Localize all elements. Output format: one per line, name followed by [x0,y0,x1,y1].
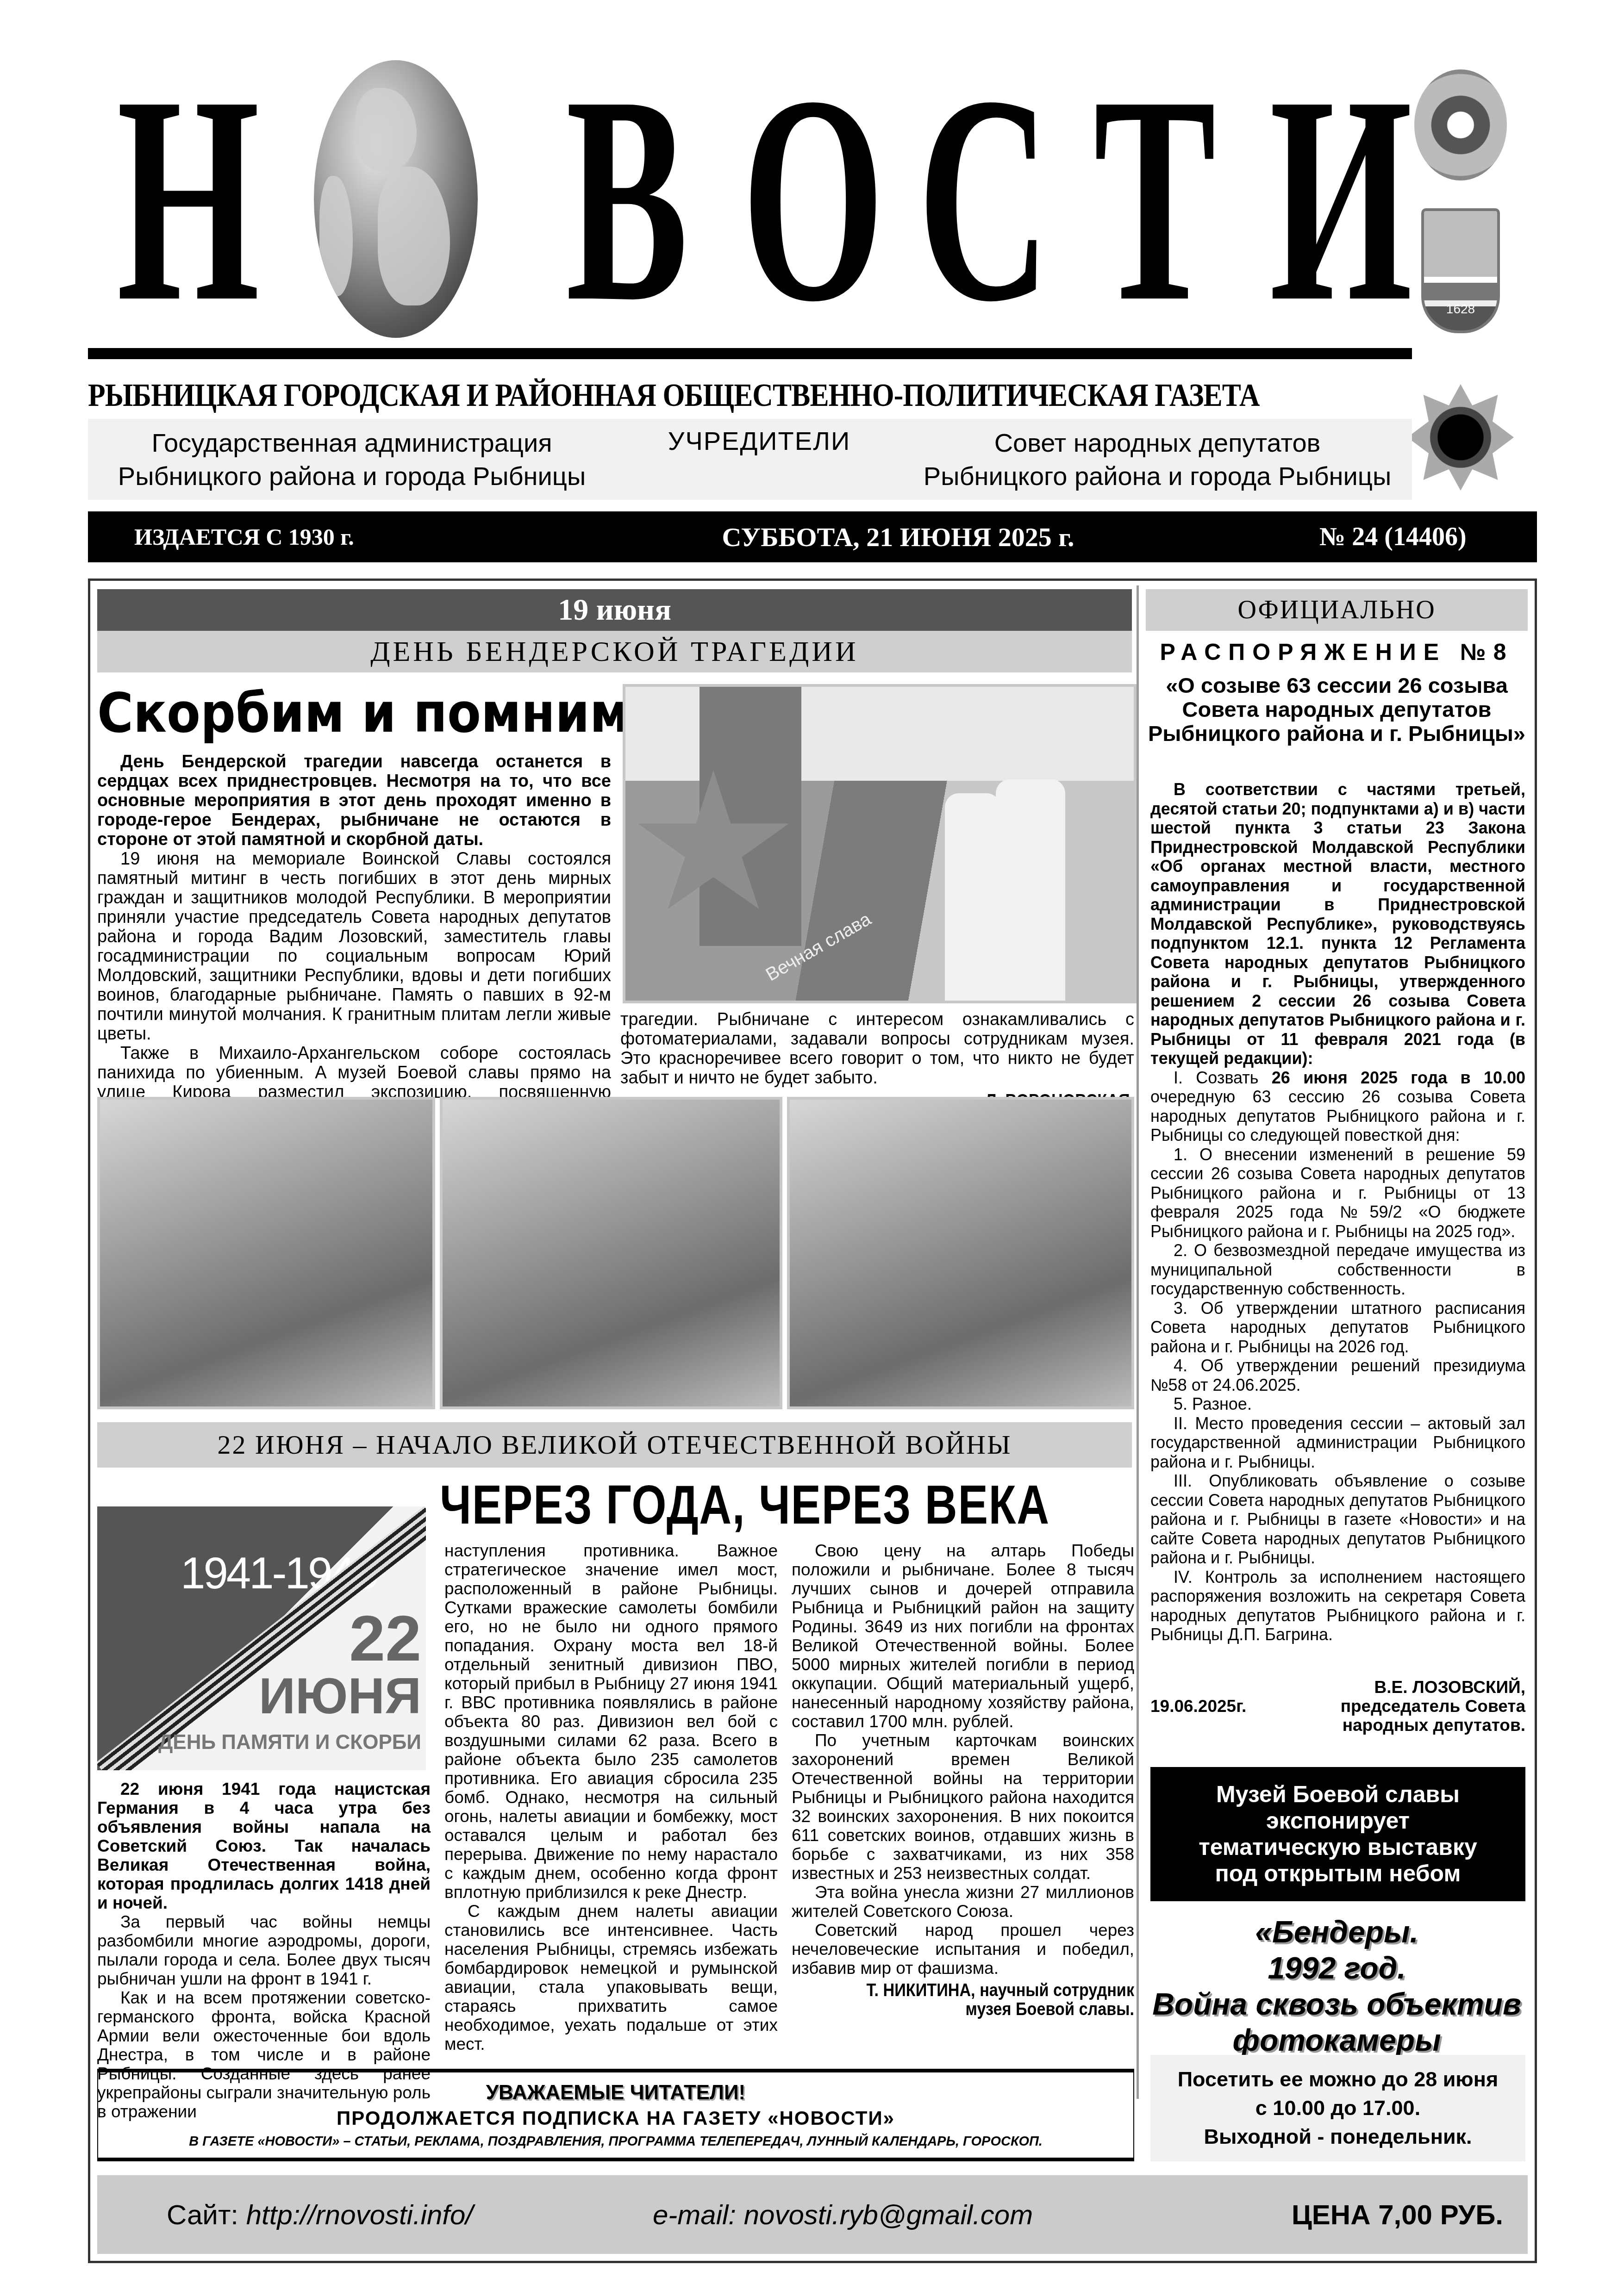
order-preamble: В соответствии с частями третьей, десято… [1150,780,1525,1068]
footer-site: Сайт: http://rnovosti.info/ [167,2199,653,2231]
subscription-line: ПРОДОЛЖАЕТСЯ ПОДПИСКА НА ГАЗЕТУ «НОВОСТИ… [98,2107,1133,2129]
article-lead: День Бендерской трагедии навсегда остане… [97,752,611,849]
article-body-col3: Свою цену на алтарь Победы положили и ры… [792,1541,1134,2019]
masthead-rule [88,348,1412,359]
founders-label: УЧРЕДИТЕЛИ [616,419,903,458]
globe-icon [314,60,478,338]
order-item-II: II. Место проведения сессии – актовый за… [1150,1414,1525,1472]
masthead-letter: Т [1093,56,1203,342]
site-label: Сайт: [167,2199,246,2230]
pmr-coat-of-arms-icon [1405,56,1516,194]
visit-line: с 10.00 до 17.00. [1150,2094,1525,2122]
masthead-title: Н В О С Т И [83,56,1412,342]
site-link[interactable]: http://rnovosti.info/ [246,2199,473,2230]
order-title: РАСПОРЯЖЕНИЕ №8 [1146,639,1528,666]
founder-line: Рыбницкого района и города Рыбницы [903,460,1412,493]
founder-line: Государственная администрация [88,426,616,460]
article-paragraph: Советский народ прошел через нечеловечес… [792,1921,1134,1978]
article-paragraph: Свою цену на алтарь Победы положили и ры… [792,1541,1134,1731]
article-body-col2: трагедии. Рыбничане с интересом ознакамл… [620,1010,1134,1111]
signer-title: председатель Совета [1341,1697,1525,1716]
founder-line: Совет народных депутатов [903,426,1412,460]
article-byline: Т. НИКИТИНА, научный сотрудник музея Бое… [826,1981,1134,2019]
order-signature: В.Е. ЛОЗОВСКИЙ, 19.06.2025г. председател… [1150,1678,1525,1735]
order-item-datetime: 26 июня 2025 года в 10.00 [1272,1068,1525,1087]
footer-bar: Сайт: http://rnovosti.info/ e-mail: novo… [97,2175,1528,2254]
order-item-text: очередную 63 сессию 26 созыва Совета нар… [1150,1087,1525,1145]
exhibit-line: 1992 год. [1146,1950,1528,1986]
article-paragraph: По учетным карточкам воинских захоронени… [792,1731,1134,1883]
poster-caption: ДЕНЬ ПАМЯТИ И СКОРБИ [158,1731,421,1754]
article-paragraph: За первый час войны немцы разбомбили мно… [97,1912,431,1988]
masthead-letter: В [566,56,675,342]
poster-22-june: 1941-1945 22 ИЮНЯ ДЕНЬ ПАМЯТИ И СКОРБИ [97,1506,426,1770]
museum-line: под открытым небом [1150,1860,1525,1887]
footer-email[interactable]: e-mail: novosti.ryb@gmail.com [653,2199,1208,2231]
newspaper-subtitle: РЫБНИЦКАЯ ГОРОДСКАЯ И РАЙОННАЯ ОБЩЕСТВЕН… [88,377,1253,414]
poster-month: ИЮНЯ [259,1671,421,1722]
subscription-notice: УВАЖАЕМЫЕ ЧИТАТЕЛИ! ПРОДОЛЖАЕТСЯ ПОДПИСК… [97,2069,1134,2161]
museum-line: тематическую выставку [1150,1834,1525,1860]
masthead-letter: О [742,56,851,342]
order-item-I: I. Созвать 26 июня 2025 года в 10.00 оче… [1150,1068,1525,1145]
article-body-col1: День Бендерской трагедии навсегда остане… [97,752,611,1121]
order-badge-icon [1405,370,1516,504]
photo-veterans [97,1097,435,1409]
founder-line: Рыбницкого района и города Рыбницы [88,460,616,493]
photo-memorial: Вечная слава [623,684,1137,1003]
exhibit-line: фотокамеры [1146,2022,1528,2058]
order-item-IV: IV. Контроль за исполнением настоящего р… [1150,1568,1525,1644]
agenda-item: 3. Об утверждении штатного расписания Со… [1150,1299,1525,1356]
subscription-title: УВАЖАЕМЫЕ ЧИТАТЕЛИ! [98,2081,1133,2104]
agenda-item: 1. О внесении изменений в решение 59 сес… [1150,1145,1525,1241]
founder-administration: Государственная администрация Рыбницкого… [88,426,616,493]
signer-name: В.Е. ЛОЗОВСКИЙ, [1150,1678,1525,1697]
order-subtitle: «О созыве 63 сессии 26 созыва Совета нар… [1146,673,1528,746]
published-since: ИЗДАЕТСЯ С 1930 г. [134,523,597,550]
visit-line: Выходной - понедельник. [1150,2122,1525,2151]
section-date-band: 19 июня [97,589,1132,631]
city-coat-of-arms-icon: 1628 [1405,204,1516,338]
issue-number: № 24 (14406) [1319,522,1467,552]
visit-info: Посетить ее можно до 28 июня с 10.00 до … [1150,2055,1525,2161]
article-paragraph: трагедии. Рыбничане с интересом ознакамл… [620,1010,1134,1088]
museum-line: экспонирует [1150,1808,1525,1834]
section-official-band: ОФИЦИАЛЬНО [1146,589,1528,631]
order-item-III: III. Опубликовать объявление о созыве се… [1150,1471,1525,1568]
signer-title: народных депутатов. [1150,1716,1525,1735]
masthead-letter: Н [117,56,226,342]
footer-price: ЦЕНА 7,00 РУБ. [1292,2199,1503,2231]
article-headline: Скорбим и помним... [97,678,568,747]
article-lead: 22 июня 1941 года нацистская Германия в … [97,1780,431,1912]
article-paragraph: Эта война унесла жизни 27 миллионов жите… [792,1883,1134,1921]
subscription-contents: В ГАЗЕТЕ «НОВОСТИ» – СТАТЬИ, РЕКЛАМА, ПО… [98,2134,1133,2149]
founders-panel: Государственная администрация Рыбницкого… [88,419,1412,500]
poster-day: 22 [349,1606,421,1671]
order-date: 19.06.2025г. [1150,1697,1246,1716]
museum-announcement: Музей Боевой славы экспонирует тематичес… [1150,1767,1525,1901]
masthead-letter: С [918,56,1027,342]
photo-museum-exhibit [440,1097,782,1409]
agenda-item: 4. Об утверждении решений президиума №58… [1150,1356,1525,1394]
article-paragraph: С каждым днем налеты авиации становились… [444,1902,778,2053]
exhibit-line: Война сквозь объектив [1146,1986,1528,2022]
article-paragraph: наступления противника. Важное стратегич… [444,1541,778,1902]
order-body: В соответствии с частями третьей, десято… [1150,780,1525,1644]
column-divider [1137,585,1139,2099]
issue-date: СУББОТА, 21 ИЮНЯ 2025 г. [597,522,1199,553]
section-title-band: ДЕНЬ БЕНДЕРСКОЙ ТРАГЕДИИ [97,631,1132,672]
section-title-band: 22 ИЮНЯ – НАЧАЛО ВЕЛИКОЙ ОТЕЧЕСТВЕННОЙ В… [97,1422,1132,1468]
masthead-letter: И [1269,56,1379,342]
coat-year: 1628 [1424,302,1497,317]
article-paragraph: 19 июня на мемориале Воинской Славы сост… [97,849,611,1044]
article-body-col2: наступления противника. Важное стратегич… [444,1541,778,2053]
museum-line: Музей Боевой славы [1150,1781,1525,1808]
agenda-item: 5. Разное. [1150,1394,1525,1414]
founder-council: Совет народных депутатов Рыбницкого райо… [903,426,1412,493]
issue-info-bar: ИЗДАЕТСЯ С 1930 г. СУББОТА, 21 ИЮНЯ 2025… [88,511,1537,562]
article-headline: ЧЕРЕЗ ГОДА, ЧЕРЕЗ ВЕКА [440,1476,1009,1534]
exhibit-line: «Бендеры. [1146,1914,1528,1950]
visit-line: Посетить ее можно до 28 июня [1150,2065,1525,2094]
order-item-text: I. Созвать [1174,1068,1272,1087]
photo-youth-flowers [787,1097,1134,1409]
agenda-item: 2. О безвозмездной передаче имущества из… [1150,1241,1525,1299]
